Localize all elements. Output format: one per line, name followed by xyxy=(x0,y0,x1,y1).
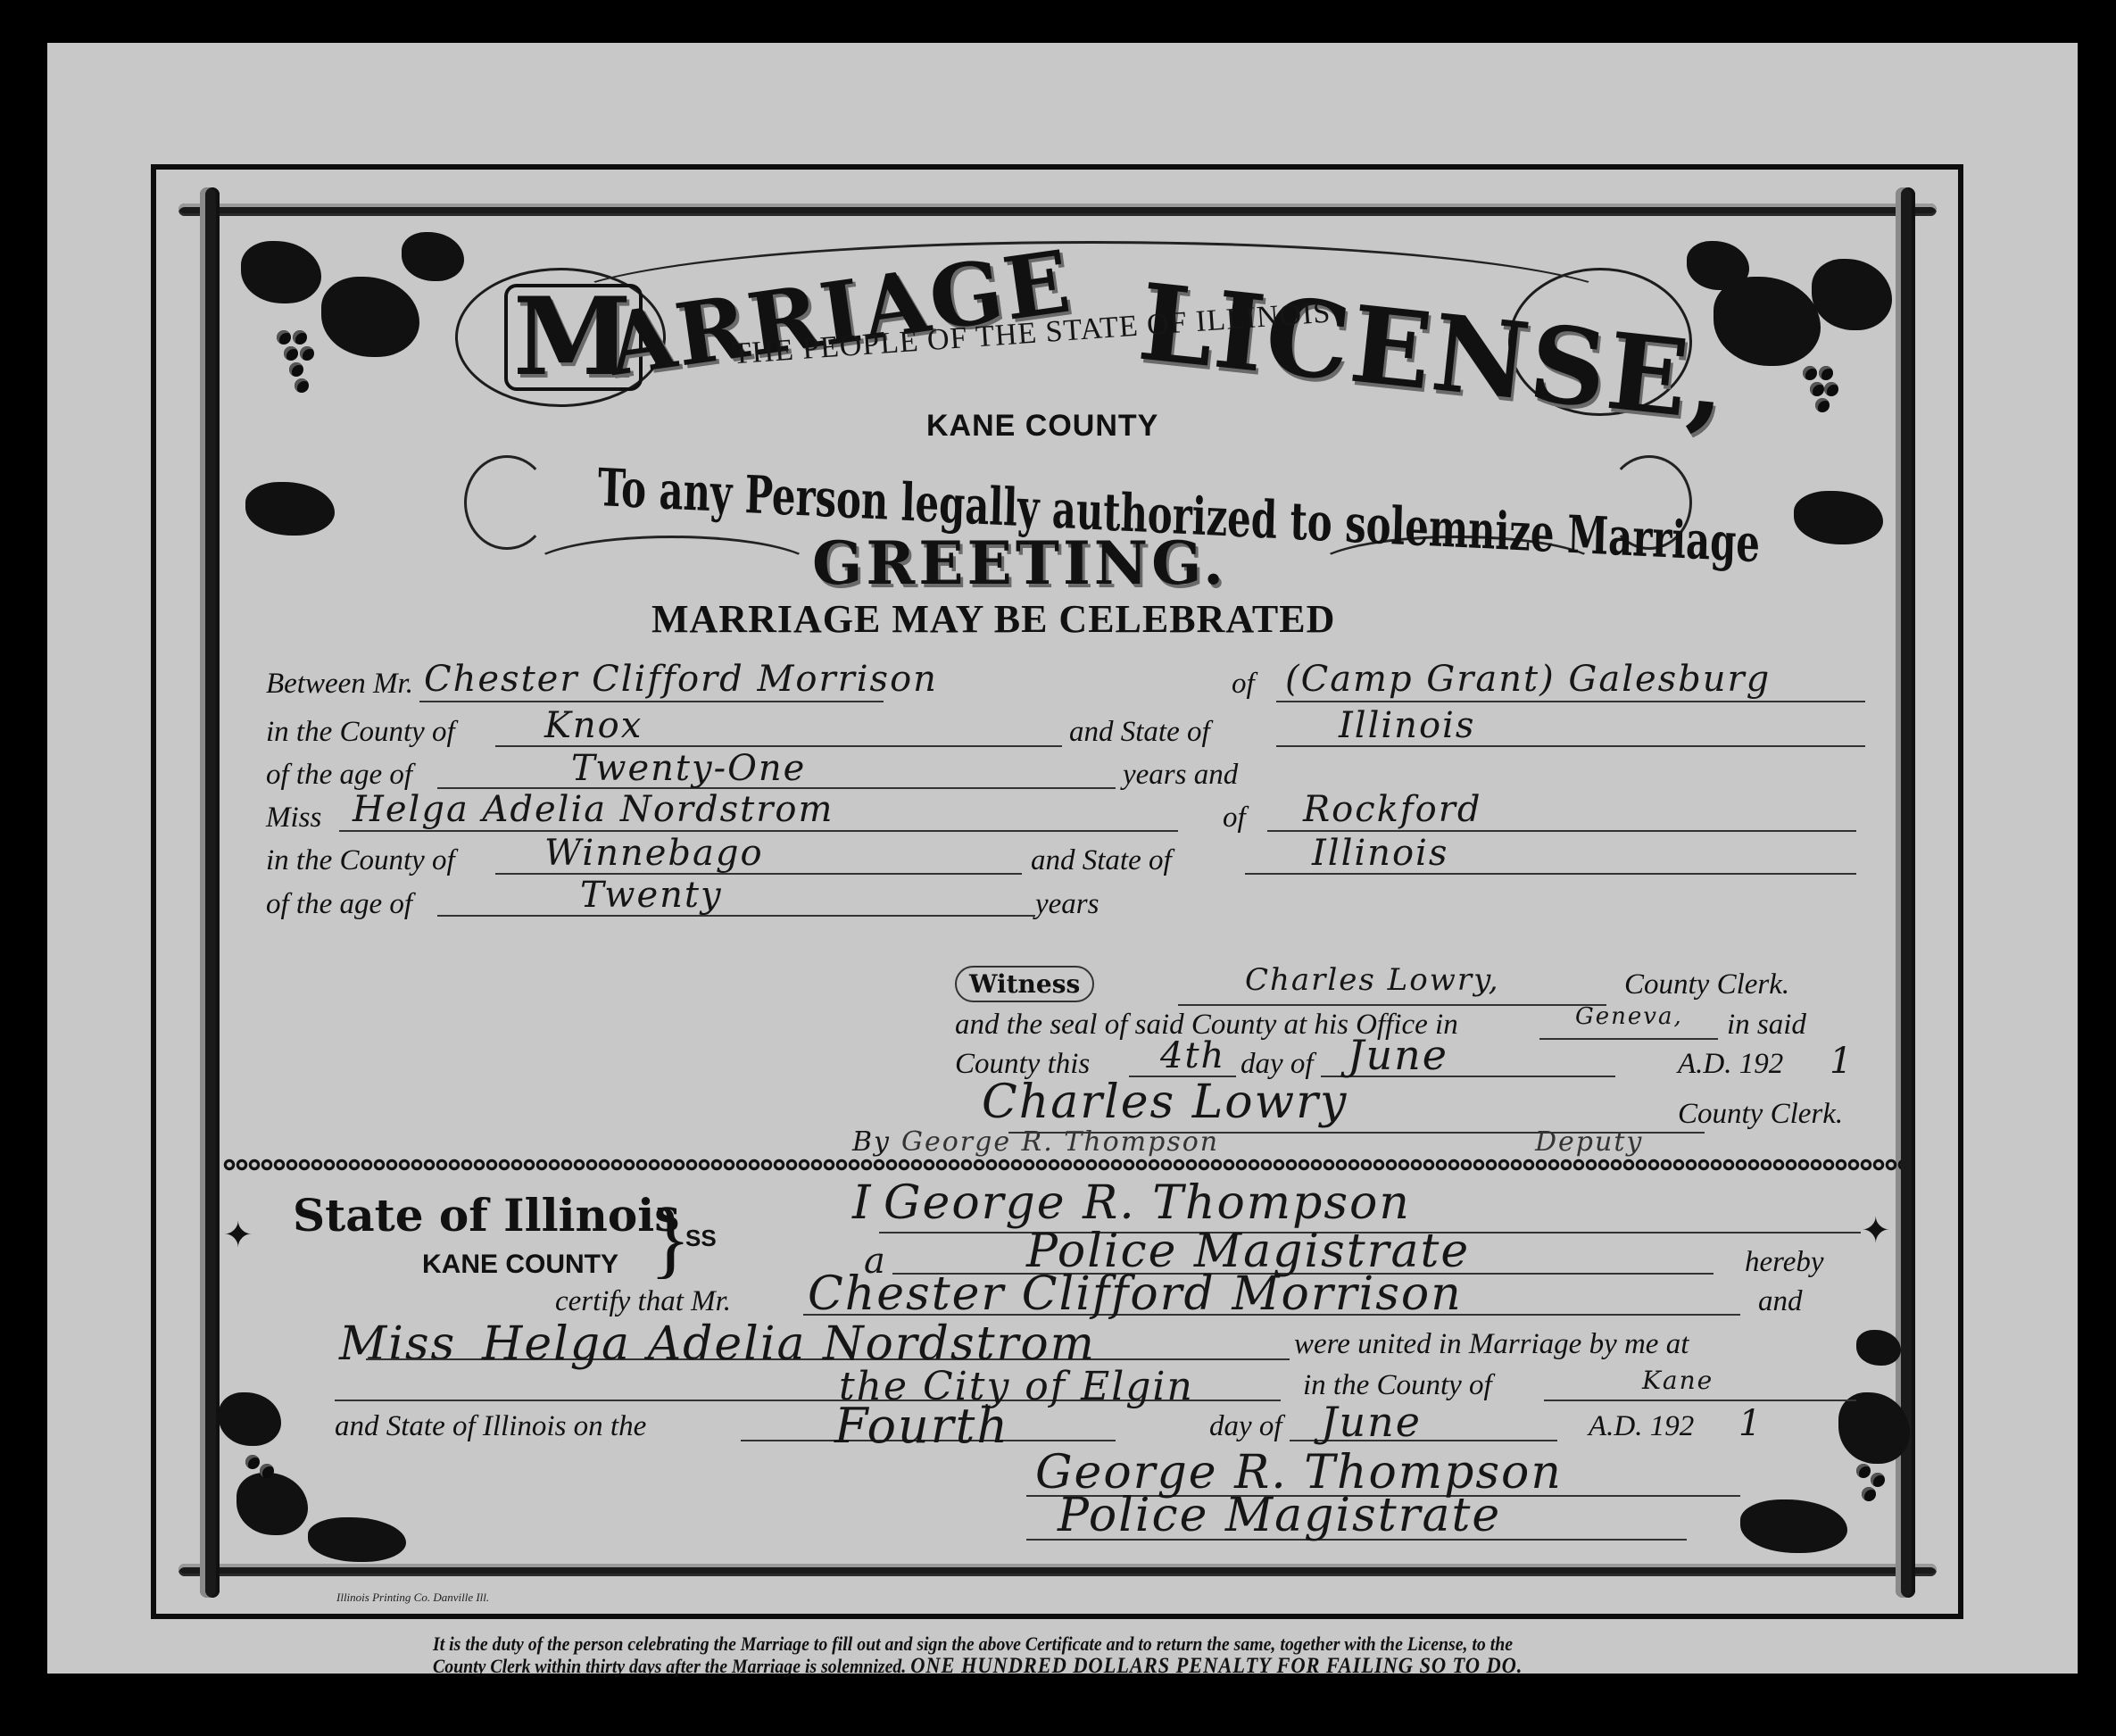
license-county: KANE COUNTY xyxy=(926,409,1158,444)
groom-state-label: and State of xyxy=(1069,716,1210,749)
groom-cert-value: Chester Clifford Morrison xyxy=(808,1267,1463,1321)
office-city-value: Geneva, xyxy=(1575,1003,1683,1030)
clerk-name-value: Charles Lowry, xyxy=(1245,962,1500,998)
cert-county-field[interactable] xyxy=(1544,1400,1856,1401)
section-divider xyxy=(223,1159,1901,1171)
clerk-signature: Charles Lowry xyxy=(982,1076,1348,1129)
grapevine-right-leaf-icon xyxy=(1785,482,1892,553)
bride-name-field[interactable] xyxy=(339,830,1178,832)
groom-of-label: of xyxy=(1232,668,1255,701)
bride-name-value: Helga Adelia Nordstrom xyxy=(353,789,834,830)
marriage-may-be-celebrated: MARRIAGE MAY BE CELEBRATED xyxy=(651,596,1335,642)
bride-state-value: Illinois xyxy=(1312,833,1448,874)
grapevine-top-left-icon xyxy=(223,223,491,455)
groom-name-value: Chester Clifford Morrison xyxy=(424,659,938,700)
certificate-state: State of Illinois xyxy=(293,1189,679,1242)
cert-day-value: Fourth xyxy=(834,1398,1009,1454)
groom-state-value: Illinois xyxy=(1339,705,1475,746)
footer-line-1: It is the duty of the person celebrating… xyxy=(433,1632,1513,1656)
star-leaf-right-icon: ✦ xyxy=(1861,1209,1891,1251)
deputy-name: George R. Thompson xyxy=(901,1126,1219,1158)
bride-age-field[interactable] xyxy=(437,915,1035,917)
star-leaf-left-icon: ✦ xyxy=(223,1214,253,1256)
state-on-label: and State of Illinois on the xyxy=(335,1410,646,1443)
cert-month-value: June xyxy=(1321,1398,1422,1446)
bride-age-value: Twenty xyxy=(580,875,723,916)
cert-day-of-label: day of xyxy=(1209,1410,1282,1443)
address-paren-left xyxy=(464,455,550,550)
bottom-vine-rail xyxy=(178,1564,1937,1576)
clerk-title: County Clerk. xyxy=(1624,968,1789,1001)
groom-residence-field[interactable] xyxy=(1276,701,1865,702)
cert-miss-label: Miss xyxy=(339,1317,456,1371)
officiant-prefix: I xyxy=(852,1176,873,1230)
clerk-name-field[interactable] xyxy=(1178,1004,1606,1006)
by-label: By xyxy=(852,1126,891,1158)
license-day-value: 4th xyxy=(1160,1035,1225,1076)
license-month-value: June xyxy=(1348,1031,1448,1079)
cert-year-suffix: 1 xyxy=(1738,1403,1763,1444)
bride-years-label: years xyxy=(1035,888,1099,921)
certify-label: certify that Mr. xyxy=(555,1285,731,1318)
printer-imprint: Illinois Printing Co. Danville Ill. xyxy=(336,1591,489,1605)
groom-age-value: Twenty-One xyxy=(571,748,806,789)
cert-ad-label: A.D. 192 xyxy=(1589,1410,1694,1443)
greeting-scroll-left xyxy=(527,536,817,603)
officiant-signature-title: Police Magistrate xyxy=(1058,1489,1501,1542)
grapevine-bottom-left-icon xyxy=(219,1339,442,1562)
left-vine-post xyxy=(200,187,220,1598)
miss-label: Miss xyxy=(266,802,321,835)
greeting: GREETING. xyxy=(812,528,1227,598)
signature-clerk-title: County Clerk. xyxy=(1678,1098,1843,1131)
groom-name-field[interactable] xyxy=(419,701,884,702)
license-ad-label: A.D. 192 xyxy=(1678,1048,1783,1081)
witness-label: Witness xyxy=(955,966,1094,1002)
groom-years-label: years and xyxy=(1123,759,1238,792)
in-said-label: in said xyxy=(1727,1009,1806,1042)
footer-line-2-text: County Clerk within thirty days after th… xyxy=(433,1655,906,1677)
bride-state-label: and State of xyxy=(1031,844,1172,877)
bride-county-value: Winnebago xyxy=(544,833,764,874)
cert-county-value: Kane xyxy=(1642,1366,1714,1395)
groom-residence-value: (Camp Grant) Galesburg xyxy=(1285,659,1771,700)
office-city-field[interactable] xyxy=(1539,1038,1718,1040)
footer-line-2: County Clerk within thirty days after th… xyxy=(433,1654,1523,1679)
united-label: were united in Marriage by me at xyxy=(1294,1328,1689,1361)
groom-county-value: Knox xyxy=(544,705,643,746)
deputy-title: Deputy xyxy=(1535,1126,1643,1158)
ss-label: SS xyxy=(685,1225,717,1252)
bride-residence-value: Rockford xyxy=(1303,789,1481,830)
bride-county-label: in the County of xyxy=(266,844,455,877)
between-label: Between Mr. xyxy=(266,668,413,701)
groom-county-label: in the County of xyxy=(266,716,455,749)
license-year-suffix: 1 xyxy=(1830,1041,1854,1082)
bride-of-label: of xyxy=(1223,802,1246,835)
groom-age-label: of the age of xyxy=(266,759,412,792)
grapevine-left-leaf-icon xyxy=(236,473,344,544)
certificate-county: KANE COUNTY xyxy=(422,1250,618,1280)
bride-residence-field[interactable] xyxy=(1267,830,1856,832)
top-vine-rail xyxy=(178,204,1937,216)
bride-cert-value: Helga Adelia Nordstrom xyxy=(482,1317,1096,1371)
officiant-name: George R. Thompson xyxy=(884,1176,1411,1230)
hereby-label: hereby xyxy=(1745,1246,1824,1279)
bride-age-label: of the age of xyxy=(266,888,412,921)
and-label: and xyxy=(1758,1285,1803,1318)
footer-penalty: ONE HUNDRED DOLLARS PENALTY FOR FAILING … xyxy=(910,1654,1523,1678)
